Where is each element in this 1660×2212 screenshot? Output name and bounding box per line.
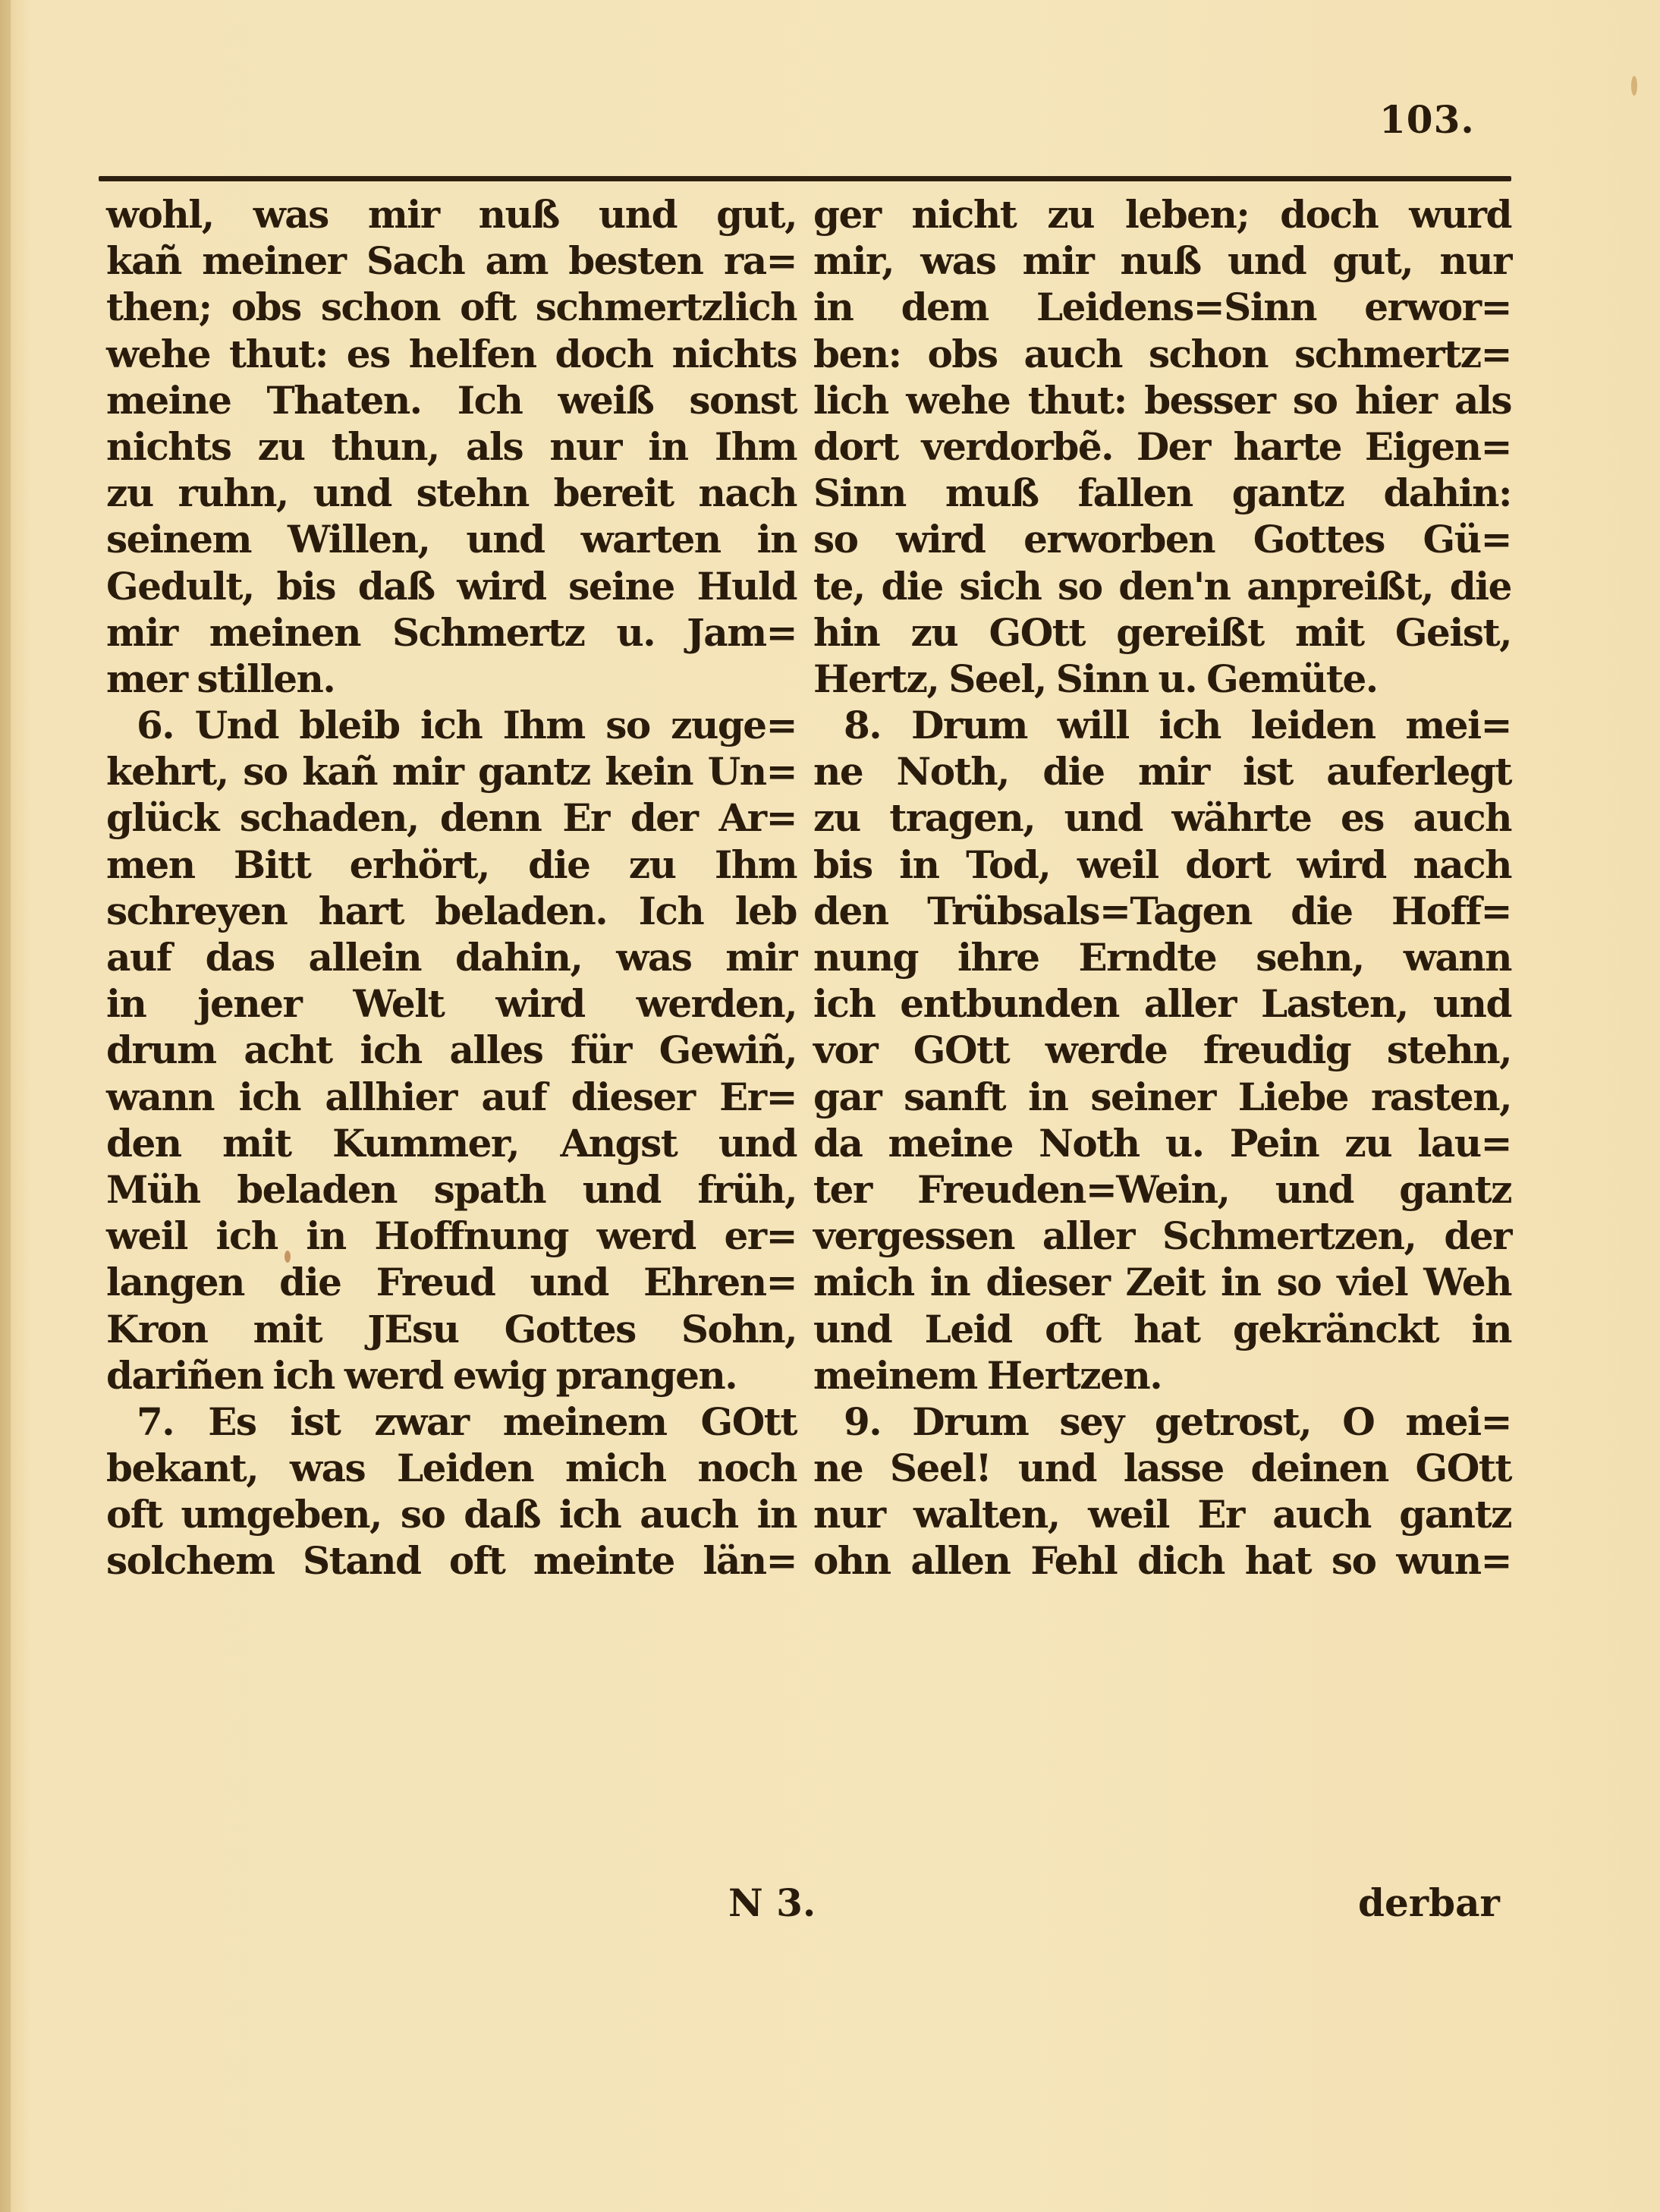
text-line: Gedult, bis daß wird seine Huld bbox=[106, 563, 797, 609]
text-line: wohl, was mir nuß und gut, bbox=[106, 191, 797, 238]
text-line: oft umgeben, so daß ich auch in bbox=[106, 1491, 797, 1537]
text-line: zu ruhn, und stehn bereit nach bbox=[106, 470, 797, 516]
text-column-right: ger nicht zu leben; doch wurdmir, was mi… bbox=[813, 191, 1511, 1584]
text-line: hin zu GOtt gereißt mit Geist, bbox=[813, 609, 1511, 656]
text-line: mir meinen Schmertz u. Jam= bbox=[106, 609, 797, 656]
text-line: then; obs schon oft schmertzlich bbox=[106, 284, 797, 330]
text-column-left: wohl, was mir nuß und gut,kañ meiner Sac… bbox=[106, 191, 797, 1584]
text-line: drum acht ich alles für Gewiñ, bbox=[106, 1027, 797, 1073]
text-line: Hertz, Seel, Sinn u. Gemüte. bbox=[813, 656, 1511, 702]
text-line: ne Seel! und lasse deinen GOtt bbox=[813, 1445, 1511, 1491]
text-line: nichts zu thun, als nur in Ihm bbox=[106, 423, 797, 470]
text-line: vor GOtt werde freudig stehn, bbox=[813, 1027, 1511, 1073]
text-line: Kron mit JEsu Gottes Sohn, bbox=[106, 1306, 797, 1352]
text-line: so wird erworben Gottes Gü= bbox=[813, 516, 1511, 562]
text-line: kehrt, so kañ mir gantz kein Un= bbox=[106, 748, 797, 794]
text-line: nur walten, weil Er auch gantz bbox=[813, 1491, 1511, 1537]
text-line: bekant, was Leiden mich noch bbox=[106, 1445, 797, 1491]
text-line: weil ich in Hoffnung werd er= bbox=[106, 1213, 797, 1259]
text-line: vergessen aller Schmertzen, der bbox=[813, 1213, 1511, 1259]
text-line: Müh beladen spath und früh, bbox=[106, 1166, 797, 1213]
text-line: meinem Hertzen. bbox=[813, 1352, 1511, 1399]
paper-stain bbox=[1631, 76, 1637, 96]
text-line: in dem Leidens=Sinn erwor= bbox=[813, 284, 1511, 330]
text-line: in jener Welt wird werden, bbox=[106, 980, 797, 1027]
text-line: ger nicht zu leben; doch wurd bbox=[813, 191, 1511, 238]
text-line: mich in dieser Zeit in so viel Weh bbox=[813, 1259, 1511, 1305]
page-edge-shadow bbox=[0, 0, 11, 2212]
text-line: und Leid oft hat gekränckt in bbox=[813, 1306, 1511, 1352]
text-line: kañ meiner Sach am besten ra= bbox=[106, 238, 797, 284]
text-line: mer stillen. bbox=[106, 656, 797, 702]
text-line: wehe thut: es helfen doch nichts bbox=[106, 331, 797, 377]
text-line: dort verdorbẽ. Der harte Eigen= bbox=[813, 423, 1511, 470]
text-line: meine Thaten. Ich weiß sonst bbox=[106, 377, 797, 423]
text-line: nung ihre Erndte sehn, wann bbox=[813, 934, 1511, 980]
text-line: den mit Kummer, Angst und bbox=[106, 1120, 797, 1166]
text-line: solchem Stand oft meinte län= bbox=[106, 1537, 797, 1584]
text-line: seinem Willen, und warten in bbox=[106, 516, 797, 562]
signature-mark: N 3. bbox=[728, 1880, 816, 1925]
text-line: glück schaden, denn Er der Ar= bbox=[106, 794, 797, 841]
text-line: mir, was mir nuß und gut, nur bbox=[813, 238, 1511, 284]
text-line: ich entbunden aller Lasten, und bbox=[813, 980, 1511, 1027]
text-line: ne Noth, die mir ist auferlegt bbox=[813, 748, 1511, 794]
text-line: ben: obs auch schon schmertz= bbox=[813, 331, 1511, 377]
text-line: den Trübsals=Tagen die Hoff= bbox=[813, 888, 1511, 934]
text-line: Sinn muß fallen gantz dahin: bbox=[813, 470, 1511, 516]
text-line: schreyen hart beladen. Ich leb bbox=[106, 888, 797, 934]
text-line: gar sanft in seiner Liebe rasten, bbox=[813, 1074, 1511, 1120]
text-line: langen die Freud und Ehren= bbox=[106, 1259, 797, 1305]
text-line: lich wehe thut: besser so hier als bbox=[813, 377, 1511, 423]
verse-start-line: 8. Drum will ich leiden mei= bbox=[813, 702, 1511, 748]
text-line: te, die sich so den'n anpreißt, die bbox=[813, 563, 1511, 609]
text-line: men Bitt erhört, die zu Ihm bbox=[106, 842, 797, 888]
text-line: dariñen ich werd ewig prangen. bbox=[106, 1352, 797, 1399]
verse-start-line: 9. Drum sey getrost, O mei= bbox=[813, 1399, 1511, 1445]
verse-start-line: 6. Und bleib ich Ihm so zuge= bbox=[106, 702, 797, 748]
verse-start-line: 7. Es ist zwar meinem GOtt bbox=[106, 1399, 797, 1445]
text-line: auf das allein dahin, was mir bbox=[106, 934, 797, 980]
page-number: 103. bbox=[1379, 97, 1475, 142]
catchword: derbar bbox=[1358, 1880, 1500, 1925]
text-line: bis in Tod, weil dort wird nach bbox=[813, 842, 1511, 888]
text-line: ter Freuden=Wein, und gantz bbox=[813, 1166, 1511, 1213]
header-rule bbox=[99, 176, 1511, 181]
text-line: ohn allen Fehl dich hat so wun= bbox=[813, 1537, 1511, 1584]
text-line: wann ich allhier auf dieser Er= bbox=[106, 1074, 797, 1120]
text-line: da meine Noth u. Pein zu lau= bbox=[813, 1120, 1511, 1166]
text-line: zu tragen, und währte es auch bbox=[813, 794, 1511, 841]
